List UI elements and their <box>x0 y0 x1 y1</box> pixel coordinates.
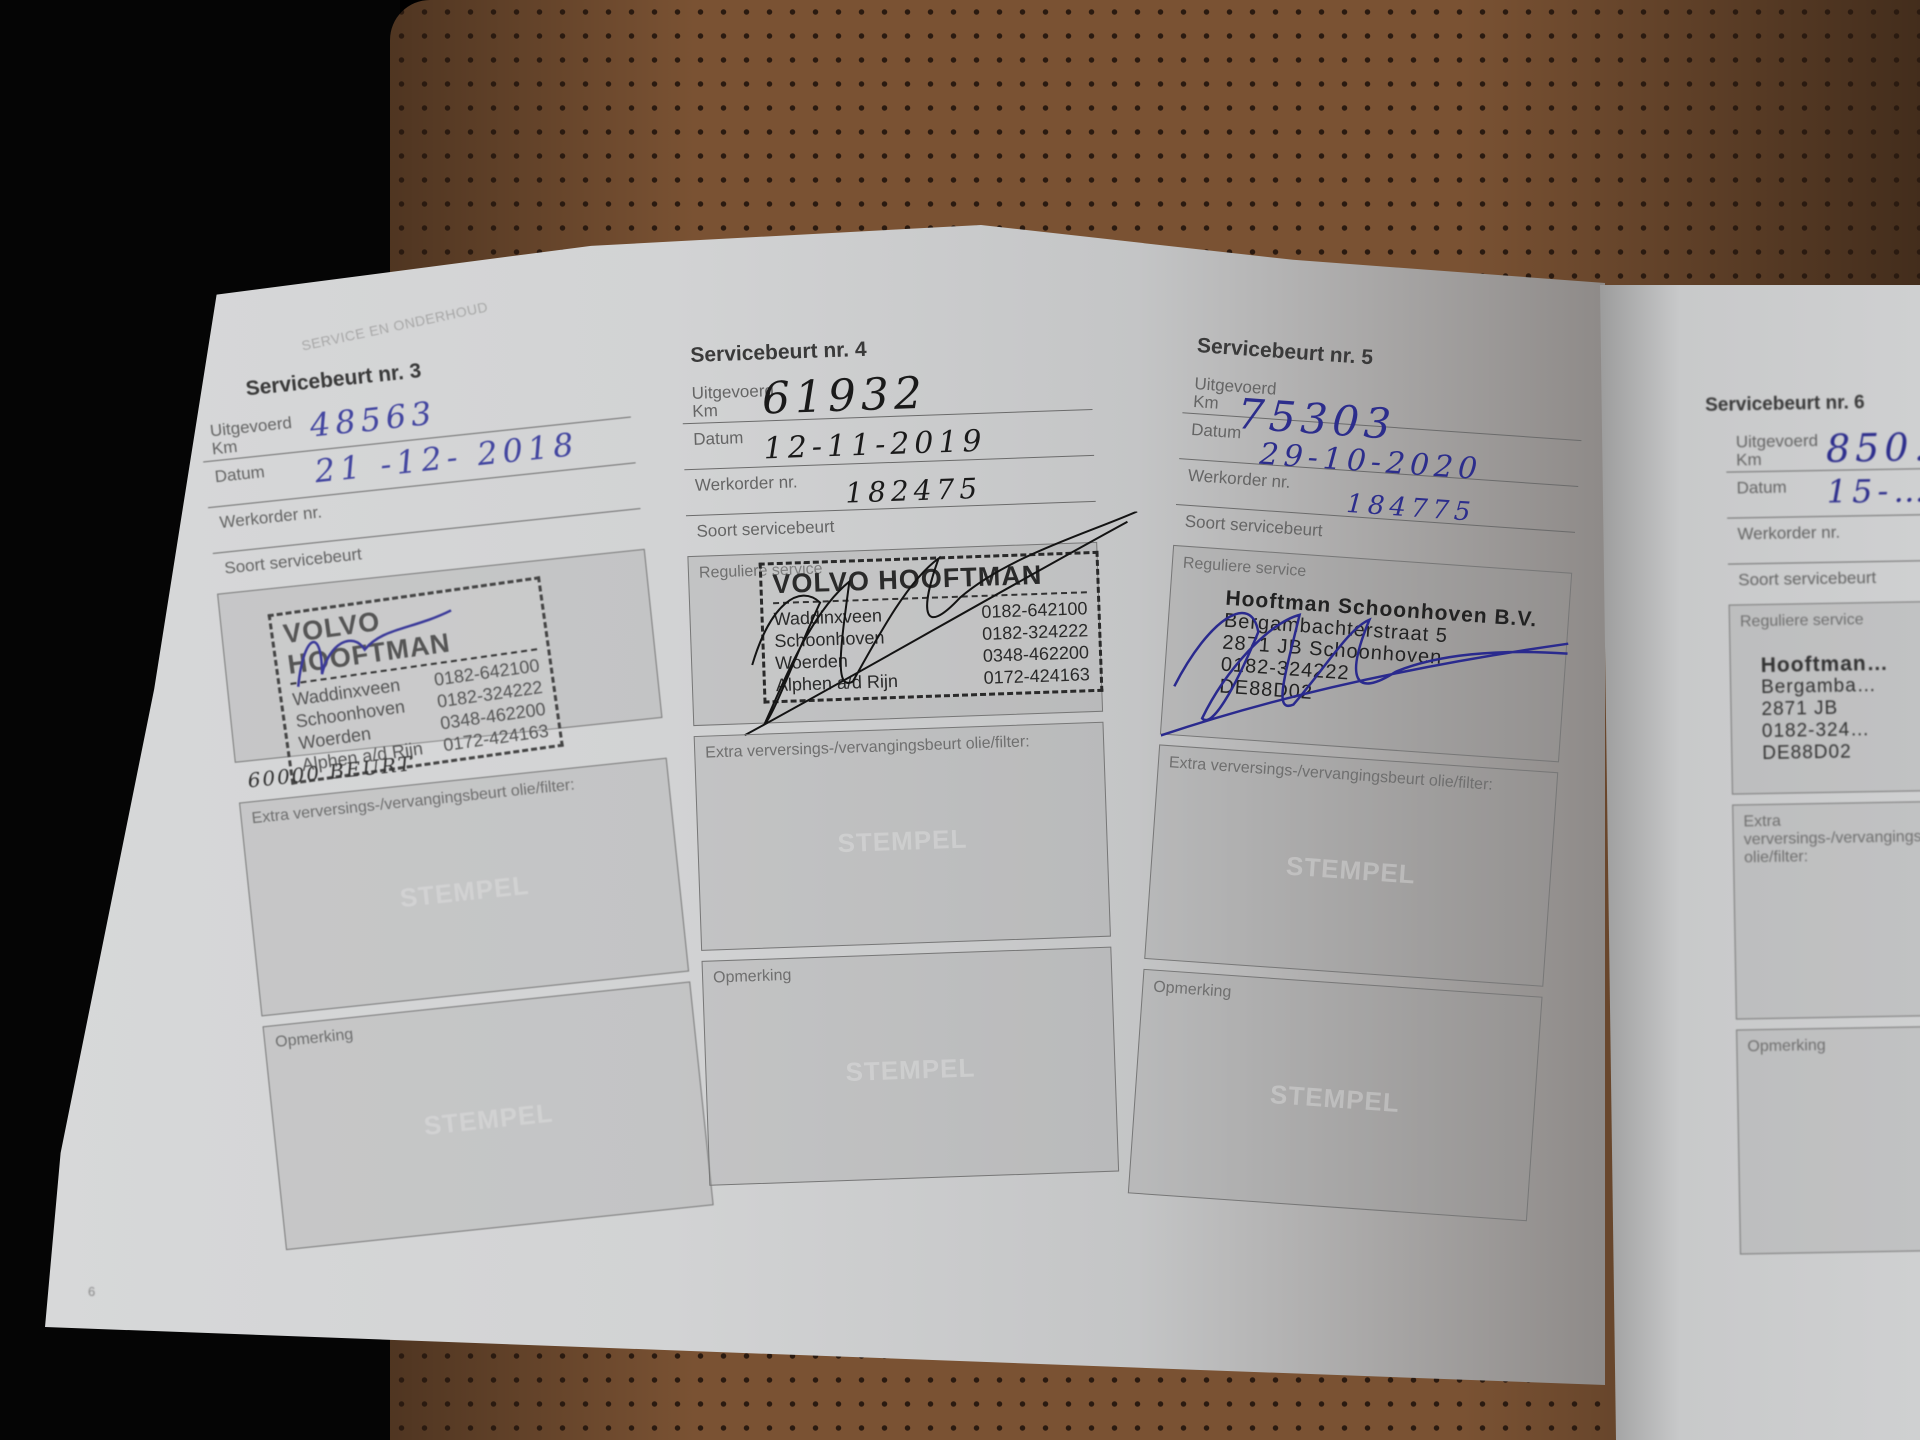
soort-label: Soort servicebeurt <box>223 544 362 578</box>
stamp-phone: 0172-424163 <box>983 663 1090 689</box>
opmerking-box: Opmerking <box>1736 1025 1920 1254</box>
werkorder-value: 182475 <box>845 472 983 510</box>
datum-label: Datum <box>1736 478 1786 499</box>
werkorder-label: Werkorder nr. <box>1187 466 1291 493</box>
datum-label: Datum <box>1191 420 1242 443</box>
werkorder-label: Werkorder nr. <box>1737 523 1840 545</box>
stamp-line: 2871 JB <box>1761 697 1889 721</box>
datum-field: Datum 15-… <box>1726 468 1920 518</box>
extra-label: Extra verversings-/vervangingsbeurt olie… <box>1168 754 1493 795</box>
service-stamp-box: Reguliere service VOLVO HOOFTMAN Waddinx… <box>687 542 1103 726</box>
stempel-watermark: STEMPEL <box>250 854 679 930</box>
dealer-stamp: VOLVO HOOFTMAN Waddinxveen0182-642100 Sc… <box>268 576 564 785</box>
datum-label: Datum <box>693 428 744 450</box>
werkorder-label: Werkorder nr. <box>695 472 798 496</box>
werkorder-label: Werkorder nr. <box>219 502 323 533</box>
stamp-line: DE88D02 <box>1762 741 1890 765</box>
service-stamp-box: Reguliere service Hooftman… Bergamba… 28… <box>1729 600 1920 794</box>
km-label: Km <box>1736 450 1762 470</box>
werkorder-field: Werkorder nr. <box>1727 514 1920 564</box>
extra-oil-box: Extra verversings-/vervangingsbeurt olie… <box>239 758 689 1017</box>
km-value: 850… <box>1826 425 1920 471</box>
stamp-brand: VOLVO HOOFTMAN <box>772 558 1087 604</box>
opmerking-box: Opmerking STEMPEL <box>702 947 1120 1186</box>
stempel-watermark: STEMPEL <box>1135 1070 1534 1129</box>
stamp-name: Hooftman… <box>1761 653 1889 677</box>
soort-label: Soort servicebeurt <box>1184 512 1323 542</box>
opmerking-label: Opmerking <box>1153 979 1232 1002</box>
opmerking-label: Opmerking <box>274 1026 354 1052</box>
stamp-city: Woerden <box>775 650 848 675</box>
extra-oil-box: Extra verversings-/vervangingsbeurt olie… <box>1144 744 1558 986</box>
datum-value: 15-… <box>1826 471 1920 511</box>
service-entry-3: Servicebeurt nr. 3 Uitgevoerd Km 48563 D… <box>175 338 714 1252</box>
opmerking-label: Opmerking <box>1747 1037 1826 1056</box>
page-number: 6 <box>88 1284 95 1299</box>
opmerking-label: Opmerking <box>713 967 792 988</box>
stamp-city: Schoonhoven <box>774 626 885 652</box>
service-entry-6: Servicebeurt nr. 6 Uitgevoerd Km 850… Da… <box>1705 390 1920 1254</box>
service-entry-5: Servicebeurt nr. 5 Uitgevoerd Km 75303 D… <box>1108 332 1587 1221</box>
service-title: Servicebeurt nr. 6 <box>1705 390 1920 417</box>
extra-oil-box: Extra verversings-/vervangingsbeurt olie… <box>694 722 1111 951</box>
stamp-city: Alphen a/d Rijn <box>776 670 899 696</box>
stamp-line: 0182-324… <box>1762 719 1890 743</box>
soort-field: Soort servicebeurt <box>1728 560 1920 594</box>
stempel-watermark: STEMPEL <box>1151 841 1550 900</box>
extra-oil-box: Extra verversings-/vervangingsbeurt olie… <box>1732 800 1920 1019</box>
extra-label: Extra verversings-/vervangingsbeurt olie… <box>1743 809 1920 867</box>
service-entry-4: Servicebeurt nr. 4 Uitgevoerd Km 61932 D… <box>660 330 1119 1186</box>
km-field: Uitgevoerd Km 850… <box>1726 422 1920 472</box>
dealer-stamp-text: Hooftman Schoonhoven B.V. Bergambachters… <box>1219 588 1538 720</box>
uitgevoerd-label: Uitgevoerd <box>209 413 293 441</box>
soort-label: Soort servicebeurt <box>1738 568 1876 590</box>
service-stamp-box: Reguliere service Hooftman Schoonhoven B… <box>1160 545 1572 762</box>
km-value: 48563 <box>308 394 438 445</box>
stempel-watermark: STEMPEL <box>706 1048 1115 1093</box>
extra-label: Extra verversings-/vervangingsbeurt olie… <box>705 733 1030 762</box>
service-stamp-box: VOLVO HOOFTMAN Waddinxveen0182-642100 Sc… <box>217 549 662 763</box>
dealer-stamp-text: Hooftman… Bergamba… 2871 JB 0182-324… DE… <box>1761 653 1891 765</box>
stempel-watermark: STEMPEL <box>274 1082 703 1158</box>
km-label: Km <box>1192 392 1219 414</box>
datum-label: Datum <box>214 462 266 487</box>
stamp-line: Bergamba… <box>1761 675 1889 699</box>
opmerking-box: Opmerking STEMPEL <box>263 981 714 1250</box>
km-label: Km <box>692 401 718 422</box>
opmerking-box: Opmerking STEMPEL <box>1128 969 1543 1221</box>
km-label: Km <box>211 437 238 460</box>
stempel-watermark: STEMPEL <box>698 819 1107 864</box>
reguliere-label: Reguliere service <box>1740 611 1864 631</box>
reguliere-label: Reguliere service <box>1182 555 1307 582</box>
dealer-stamp: VOLVO HOOFTMAN Waddinxveen0182-642100 Sc… <box>759 551 1104 704</box>
soort-label: Soort servicebeurt <box>696 517 835 542</box>
